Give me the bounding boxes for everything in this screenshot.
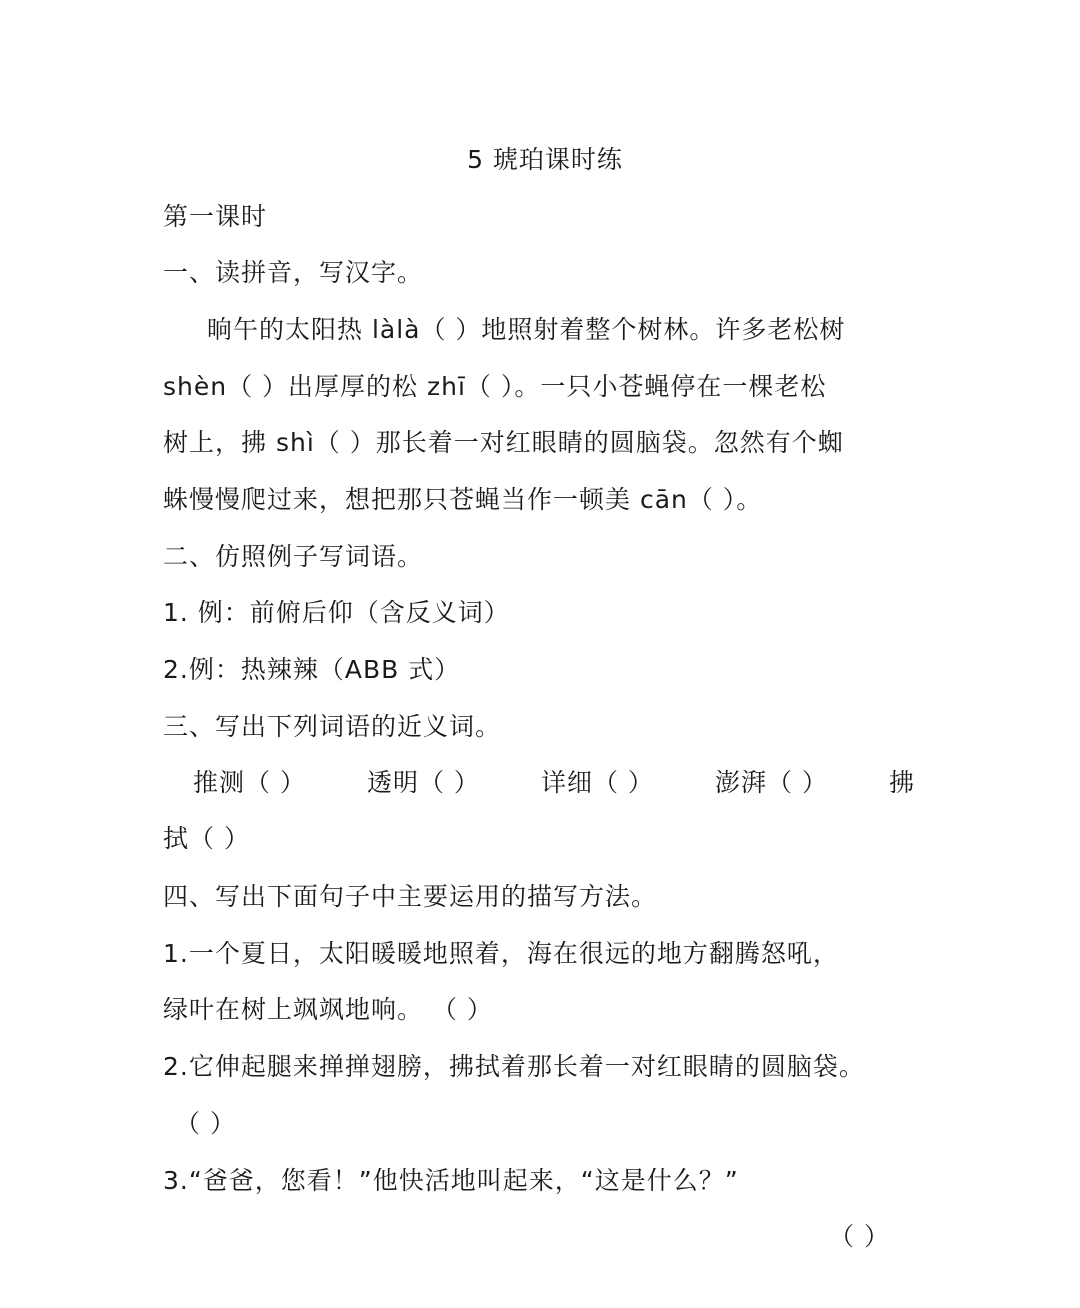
- synonym-word-1: 推测（ ）: [193, 766, 306, 800]
- synonym-row-2: 拭（ ）: [163, 822, 923, 856]
- synonym-word-5: 拂: [889, 766, 915, 800]
- synonym-word-3: 详细（ ）: [541, 766, 654, 800]
- section-4-item-2-line-1: 2.它伸起腿来掸掸翅膀，拂拭着那长着一对红眼睛的圆脑袋。: [163, 1050, 923, 1084]
- page-title: 5 琥珀课时练: [0, 143, 1080, 177]
- section-1-line-1: 晌午的太阳热 làlà（ ）地照射着整个树林。许多老松树: [163, 313, 967, 347]
- section-2-item-1: 1. 例：前俯后仰（含反义词）: [163, 596, 923, 630]
- section-1-line-4: 蛛慢慢爬过来，想把那只苍蝇当作一顿美 cān（ ）。: [163, 483, 923, 517]
- section-2-item-2: 2.例：热辣辣（ABB 式）: [163, 653, 923, 687]
- section-4-item-1-line-1: 1.一个夏日，太阳暖暖地照着，海在很远的地方翻腾怒吼，: [163, 937, 923, 971]
- synonym-word-4: 澎湃（ ）: [715, 766, 828, 800]
- section-1-line-3: 树上，拂 shì（ ）那长着一对红眼睛的圆脑袋。忽然有个蜘: [163, 426, 923, 460]
- section-4-item-2-line-2: （ ）: [163, 1107, 935, 1141]
- section-3-heading: 三、写出下列词语的近义词。: [163, 710, 923, 744]
- worksheet-page: 5 琥珀课时练 第一课时 一、读拼音，写汉字。 晌午的太阳热 làlà（ ）地照…: [0, 0, 1080, 1308]
- section-4-item-3-line-2: （ ）: [829, 1220, 890, 1254]
- lesson-label: 第一课时: [163, 200, 923, 234]
- section-4-item-1-line-2: 绿叶在树上飒飒地响。 （ ）: [163, 993, 923, 1027]
- synonym-word-2: 透明（ ）: [367, 766, 480, 800]
- section-1-heading: 一、读拼音，写汉字。: [163, 256, 923, 290]
- section-4-item-3-line-1: 3.“爸爸，您看！”他快活地叫起来，“这是什么？”: [163, 1164, 923, 1198]
- section-1-line-2: shèn（ ）出厚厚的松 zhī（ ）。一只小苍蝇停在一棵老松: [163, 370, 923, 404]
- synonym-row: 推测（ ） 透明（ ） 详细（ ） 澎湃（ ） 拂: [163, 766, 915, 800]
- section-4-heading: 四、写出下面句子中主要运用的描写方法。: [163, 880, 923, 914]
- section-2-heading: 二、仿照例子写词语。: [163, 540, 923, 574]
